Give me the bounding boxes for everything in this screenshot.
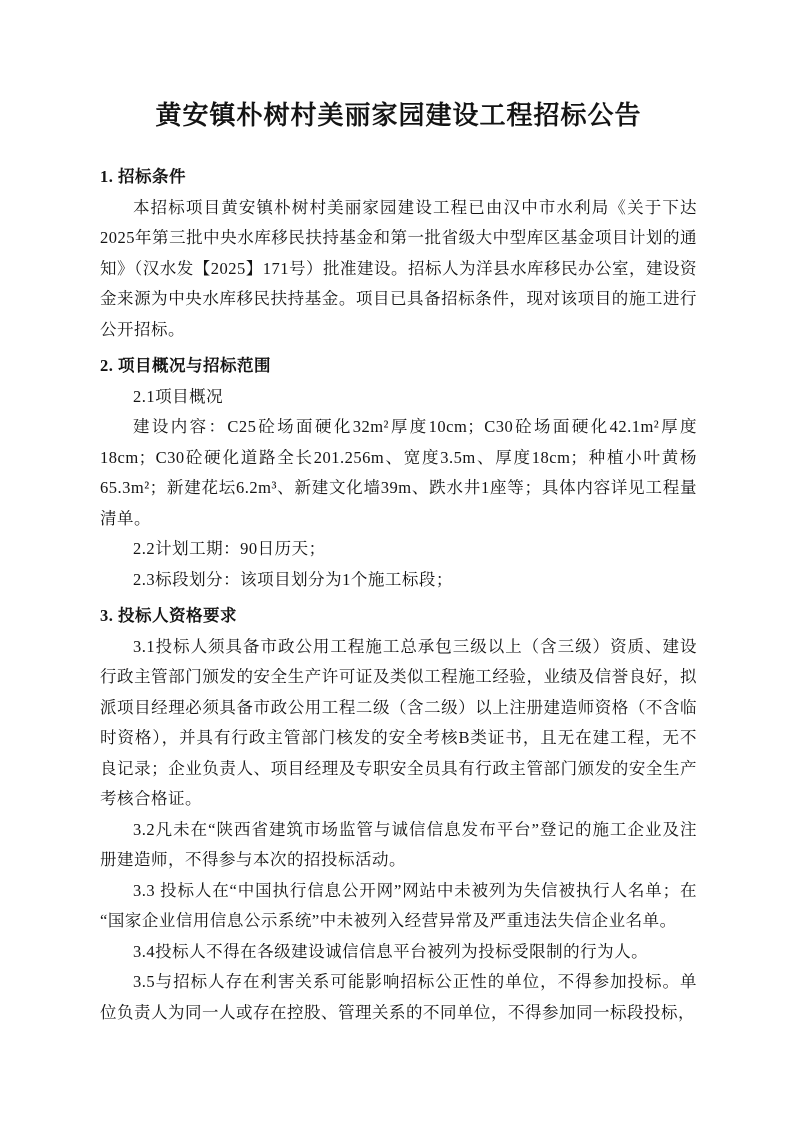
- section-1-paragraph-1: 本招标项目黄安镇朴树村美丽家园建设工程已由汉中市水利局《关于下达2025年第三批…: [100, 193, 697, 346]
- section-3-paragraph-3: 3.3 投标人在“中国执行信息公开网”网站中未被列为失信被执行人名单；在“国家企…: [100, 876, 697, 937]
- section-3-paragraph-4: 3.4投标人不得在各级建设诚信信息平台被列为投标受限制的行为人。: [100, 937, 697, 968]
- section-2-paragraph-3: 2.2计划工期：90日历天；: [100, 534, 697, 565]
- section-2-paragraph-2: 建设内容：C25砼场面硬化32m²厚度10cm；C30砼场面硬化42.1m²厚度…: [100, 412, 697, 534]
- section-2-paragraph-4: 2.3标段划分：该项目划分为1个施工标段；: [100, 565, 697, 596]
- section-bidder-qualifications: 3. 投标人资格要求 3.1投标人须具备市政公用工程施工总承包三级以上（含三级）…: [100, 601, 697, 1028]
- section-3-heading: 3. 投标人资格要求: [100, 601, 697, 632]
- document-page: 黄安镇朴树村美丽家园建设工程招标公告 1. 招标条件 本招标项目黄安镇朴树村美丽…: [0, 0, 793, 1122]
- document-title: 黄安镇朴树村美丽家园建设工程招标公告: [100, 96, 697, 136]
- section-project-overview: 2. 项目概况与招标范围 2.1项目概况 建设内容：C25砼场面硬化32m²厚度…: [100, 351, 697, 595]
- section-3-paragraph-1: 3.1投标人须具备市政公用工程施工总承包三级以上（含三级）资质、建设行政主管部门…: [100, 632, 697, 815]
- section-3-paragraph-5: 3.5与招标人存在利害关系可能影响招标公正性的单位，不得参加投标。单位负责人为同…: [100, 967, 697, 1028]
- section-1-heading: 1. 招标条件: [100, 162, 697, 193]
- section-3-paragraph-2: 3.2凡未在“陕西省建筑市场监管与诚信信息发布平台”登记的施工企业及注册建造师，…: [100, 815, 697, 876]
- section-tender-conditions: 1. 招标条件 本招标项目黄安镇朴树村美丽家园建设工程已由汉中市水利局《关于下达…: [100, 162, 697, 345]
- section-2-paragraph-1: 2.1项目概况: [100, 382, 697, 413]
- section-2-heading: 2. 项目概况与招标范围: [100, 351, 697, 382]
